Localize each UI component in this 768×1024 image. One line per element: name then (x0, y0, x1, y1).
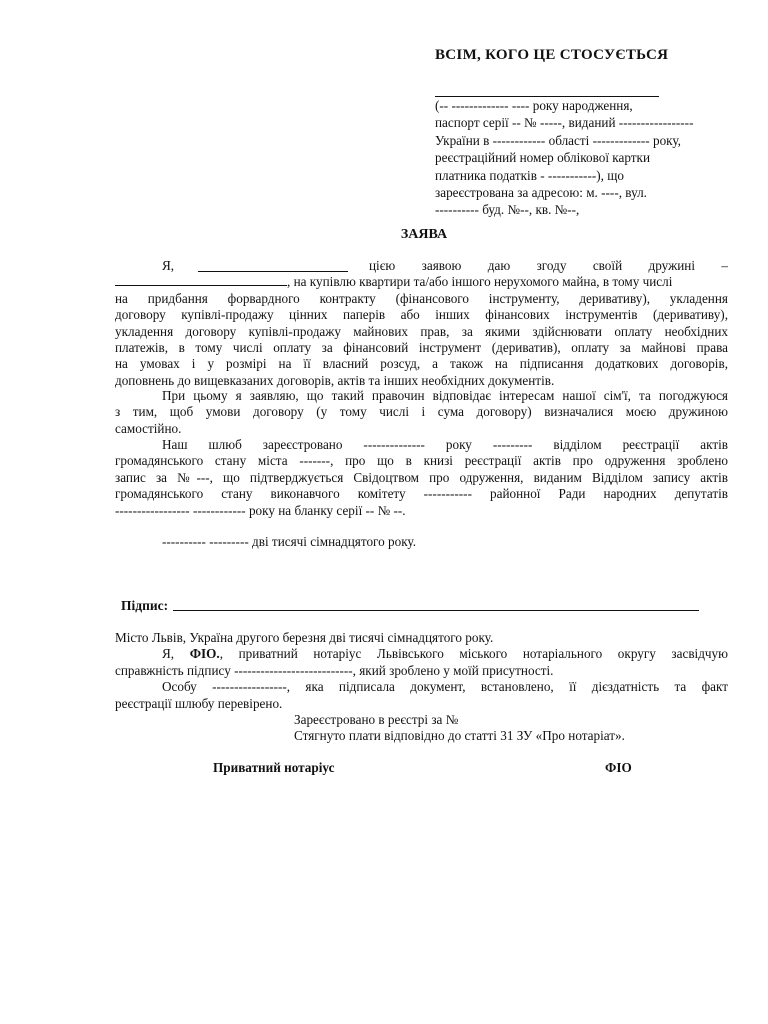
paragraph-line: ----------------- ------------ року на б… (115, 503, 728, 519)
paragraph-line: укладення договору купівлі-продажу майно… (115, 324, 728, 340)
paragraph-text: Я, (162, 646, 190, 661)
statement-heading: ЗАЯВА (0, 227, 768, 243)
paragraph-text: , на купівлю квартири та/або іншого неру… (287, 274, 672, 289)
consent-paragraph: Я, цією заявою даю згоду своїй дружині –… (115, 258, 728, 389)
paragraph-line: При цьому я заявляю, що такий правочин в… (115, 388, 728, 404)
paragraph-line: громадянського стану виконавчого комітет… (115, 486, 728, 502)
signature-line[interactable] (173, 610, 699, 611)
paragraph-line: громадянського стану міста -------, про … (115, 453, 728, 469)
date-line: ---------- --------- дві тисячі сімнадця… (115, 534, 768, 550)
paragraph-line: договору купівлі-продажу цінних паперів … (115, 307, 728, 323)
paragraph-text: , приватний нотаріус Львівського міськог… (220, 646, 728, 661)
notary-signature-name: ФІО (605, 760, 632, 776)
address-line: паспорт серії -- № -----, виданий ------… (435, 114, 705, 131)
paragraph-text: цією заявою даю згоду своїй дружині – (369, 258, 728, 274)
paragraph-line: доповнень до вищевказаних договорів, акт… (115, 373, 728, 389)
notary-name: ФІО. (190, 646, 220, 661)
addressee-title: ВСІМ, КОГО ЦЕ СТОСУЄТЬСЯ (435, 47, 668, 64)
paragraph-line: платежів, в тому числі оплату за фінансо… (115, 340, 728, 356)
signature-label: Підпис: (121, 598, 168, 614)
registry-line: Зареєстровано в реєстрі за № (294, 712, 458, 728)
address-line: України в ------------ області ---------… (435, 132, 705, 149)
paragraph-line: самостійно. (115, 421, 728, 437)
applicant-address-block: (-- ------------- ---- року народження, … (435, 97, 705, 219)
notary-title: Приватний нотаріус (213, 760, 334, 776)
spouse-name-blank (115, 274, 287, 286)
address-line: зареєстрована за адресою: м. ----, вул. (435, 184, 705, 201)
name-blank (198, 260, 348, 272)
paragraph-line: Я, цією заявою даю згоду своїй дружині – (115, 258, 728, 274)
address-line: (-- ------------- ---- року народження, (435, 97, 705, 114)
marriage-paragraph: Наш шлюб зареєстровано -------------- ро… (115, 437, 728, 519)
paragraph-line: реєстрації шлюбу перевірено. (115, 696, 728, 712)
paragraph-line: Особу -----------------, яка підписала д… (115, 679, 728, 695)
paragraph-line: на умовах і у розмірі на її власний розс… (115, 356, 728, 372)
notary-certification: Місто Львів, Україна другого березня дві… (115, 630, 728, 712)
fee-line: Стягнуто плати відповідно до статті 31 З… (294, 728, 625, 744)
paragraph-line: Наш шлюб зареєстровано -------------- ро… (115, 437, 728, 453)
address-line: реєстраційний номер облікової картки (435, 149, 705, 166)
address-line: ---------- буд. №--, кв. №--, (435, 201, 705, 218)
address-line: платника податків - -----------), що (435, 167, 705, 184)
paragraph-line: , на купівлю квартири та/або іншого неру… (115, 274, 728, 290)
city-date-line: Місто Львів, Україна другого березня дві… (115, 630, 728, 646)
paragraph-line: з тим, щоб умови договору (у тому числі … (115, 404, 728, 420)
pronoun-text: Я, (162, 258, 174, 274)
declaration-paragraph: При цьому я заявляю, що такий правочин в… (115, 388, 728, 437)
paragraph-line: Я, ФІО., приватний нотаріус Львівського … (115, 646, 728, 662)
paragraph-line: справжність підпису --------------------… (115, 663, 728, 679)
paragraph-line: запис за №---, що підтверджується Свідоц… (115, 470, 728, 486)
paragraph-line: на придбання форвардного контракту (фіна… (115, 291, 728, 307)
